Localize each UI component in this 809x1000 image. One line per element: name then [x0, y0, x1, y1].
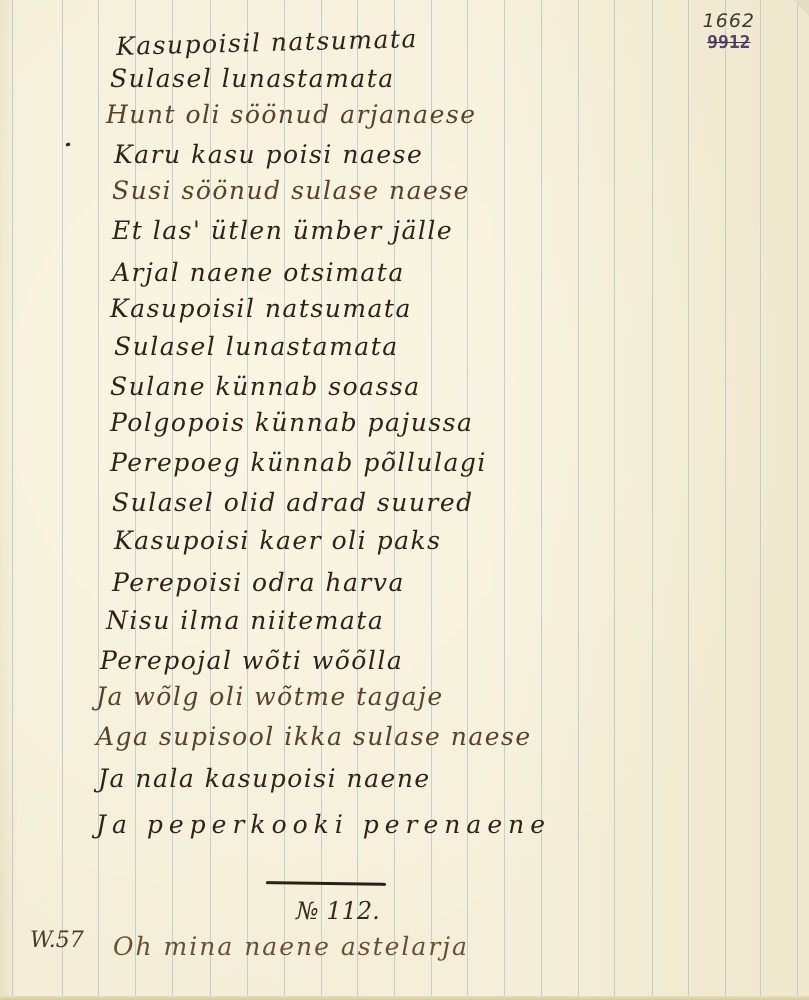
poem-line: Sulasel lunastamata — [114, 332, 399, 361]
catalog-number-block: 1662 9912 — [703, 10, 755, 53]
poem-line: Perepoeg künnab põllulagi — [110, 448, 487, 477]
poem-line: Kasupoisil natsumata — [116, 24, 419, 61]
poem-line: Perepoisi odra harva — [112, 568, 405, 597]
ruled-line — [760, 0, 761, 1000]
catalog-number-current: 1662 — [703, 10, 755, 32]
ruled-line — [725, 0, 726, 1000]
poem-line: Polgopois künnab pajussa — [110, 408, 473, 437]
ruled-line — [652, 0, 653, 1000]
manuscript-page: 1662 9912 Kasupoisil natsumata Sulasel l… — [0, 0, 809, 1000]
poem-line: Nisu ilma niitemata — [106, 606, 384, 635]
poem-line: Susi söönud sulase naese — [112, 176, 470, 205]
poem-line: Sulasel lunastamata — [110, 64, 395, 93]
poem-line: Sulane künnab soassa — [110, 372, 421, 401]
section-number: № 112. — [296, 897, 380, 925]
poem-line: Ja wõlg oli wõtme tagaje — [96, 682, 444, 711]
poem-line: Aga supisool ikka sulase naese — [96, 722, 532, 751]
ruled-line — [578, 0, 579, 1000]
poem-line: Hunt oli söönud arjanaese — [106, 100, 477, 129]
poem-line: Ja peperkooki perenaene — [96, 810, 551, 839]
ruled-line — [614, 0, 615, 1000]
next-poem-first-line: Oh mina naene astelarja — [113, 932, 469, 961]
poem-line: Arjal naene otsimata — [112, 258, 405, 287]
margin-note: W.57 — [30, 928, 84, 953]
margin-dash-mark — [66, 142, 71, 146]
ruled-line — [504, 0, 505, 1000]
poem-line: Karu kasu poisi naese — [114, 140, 423, 169]
poem-line: Sulasel olid adrad suured — [112, 488, 474, 517]
poem-line: Kasupoisil natsumata — [110, 294, 412, 323]
ruled-line — [797, 0, 798, 1000]
folded-corner — [793, 0, 809, 16]
ruled-line — [12, 0, 13, 1000]
page-edge — [0, 996, 809, 1000]
poem-line: Kasupoisi kaer oli paks — [114, 526, 441, 555]
ruled-line — [688, 0, 689, 1000]
ruled-line — [62, 0, 63, 1000]
ruled-line — [541, 0, 542, 1000]
ruled-line — [98, 0, 99, 1000]
poem-line: Ja nala kasupoisi naene — [98, 764, 431, 793]
catalog-number-struck: 9912 — [703, 32, 755, 53]
poem-line: Et las' ütlen ümber jälle — [112, 216, 453, 245]
poem-line: Perepojal wõti wõõlla — [100, 646, 403, 675]
